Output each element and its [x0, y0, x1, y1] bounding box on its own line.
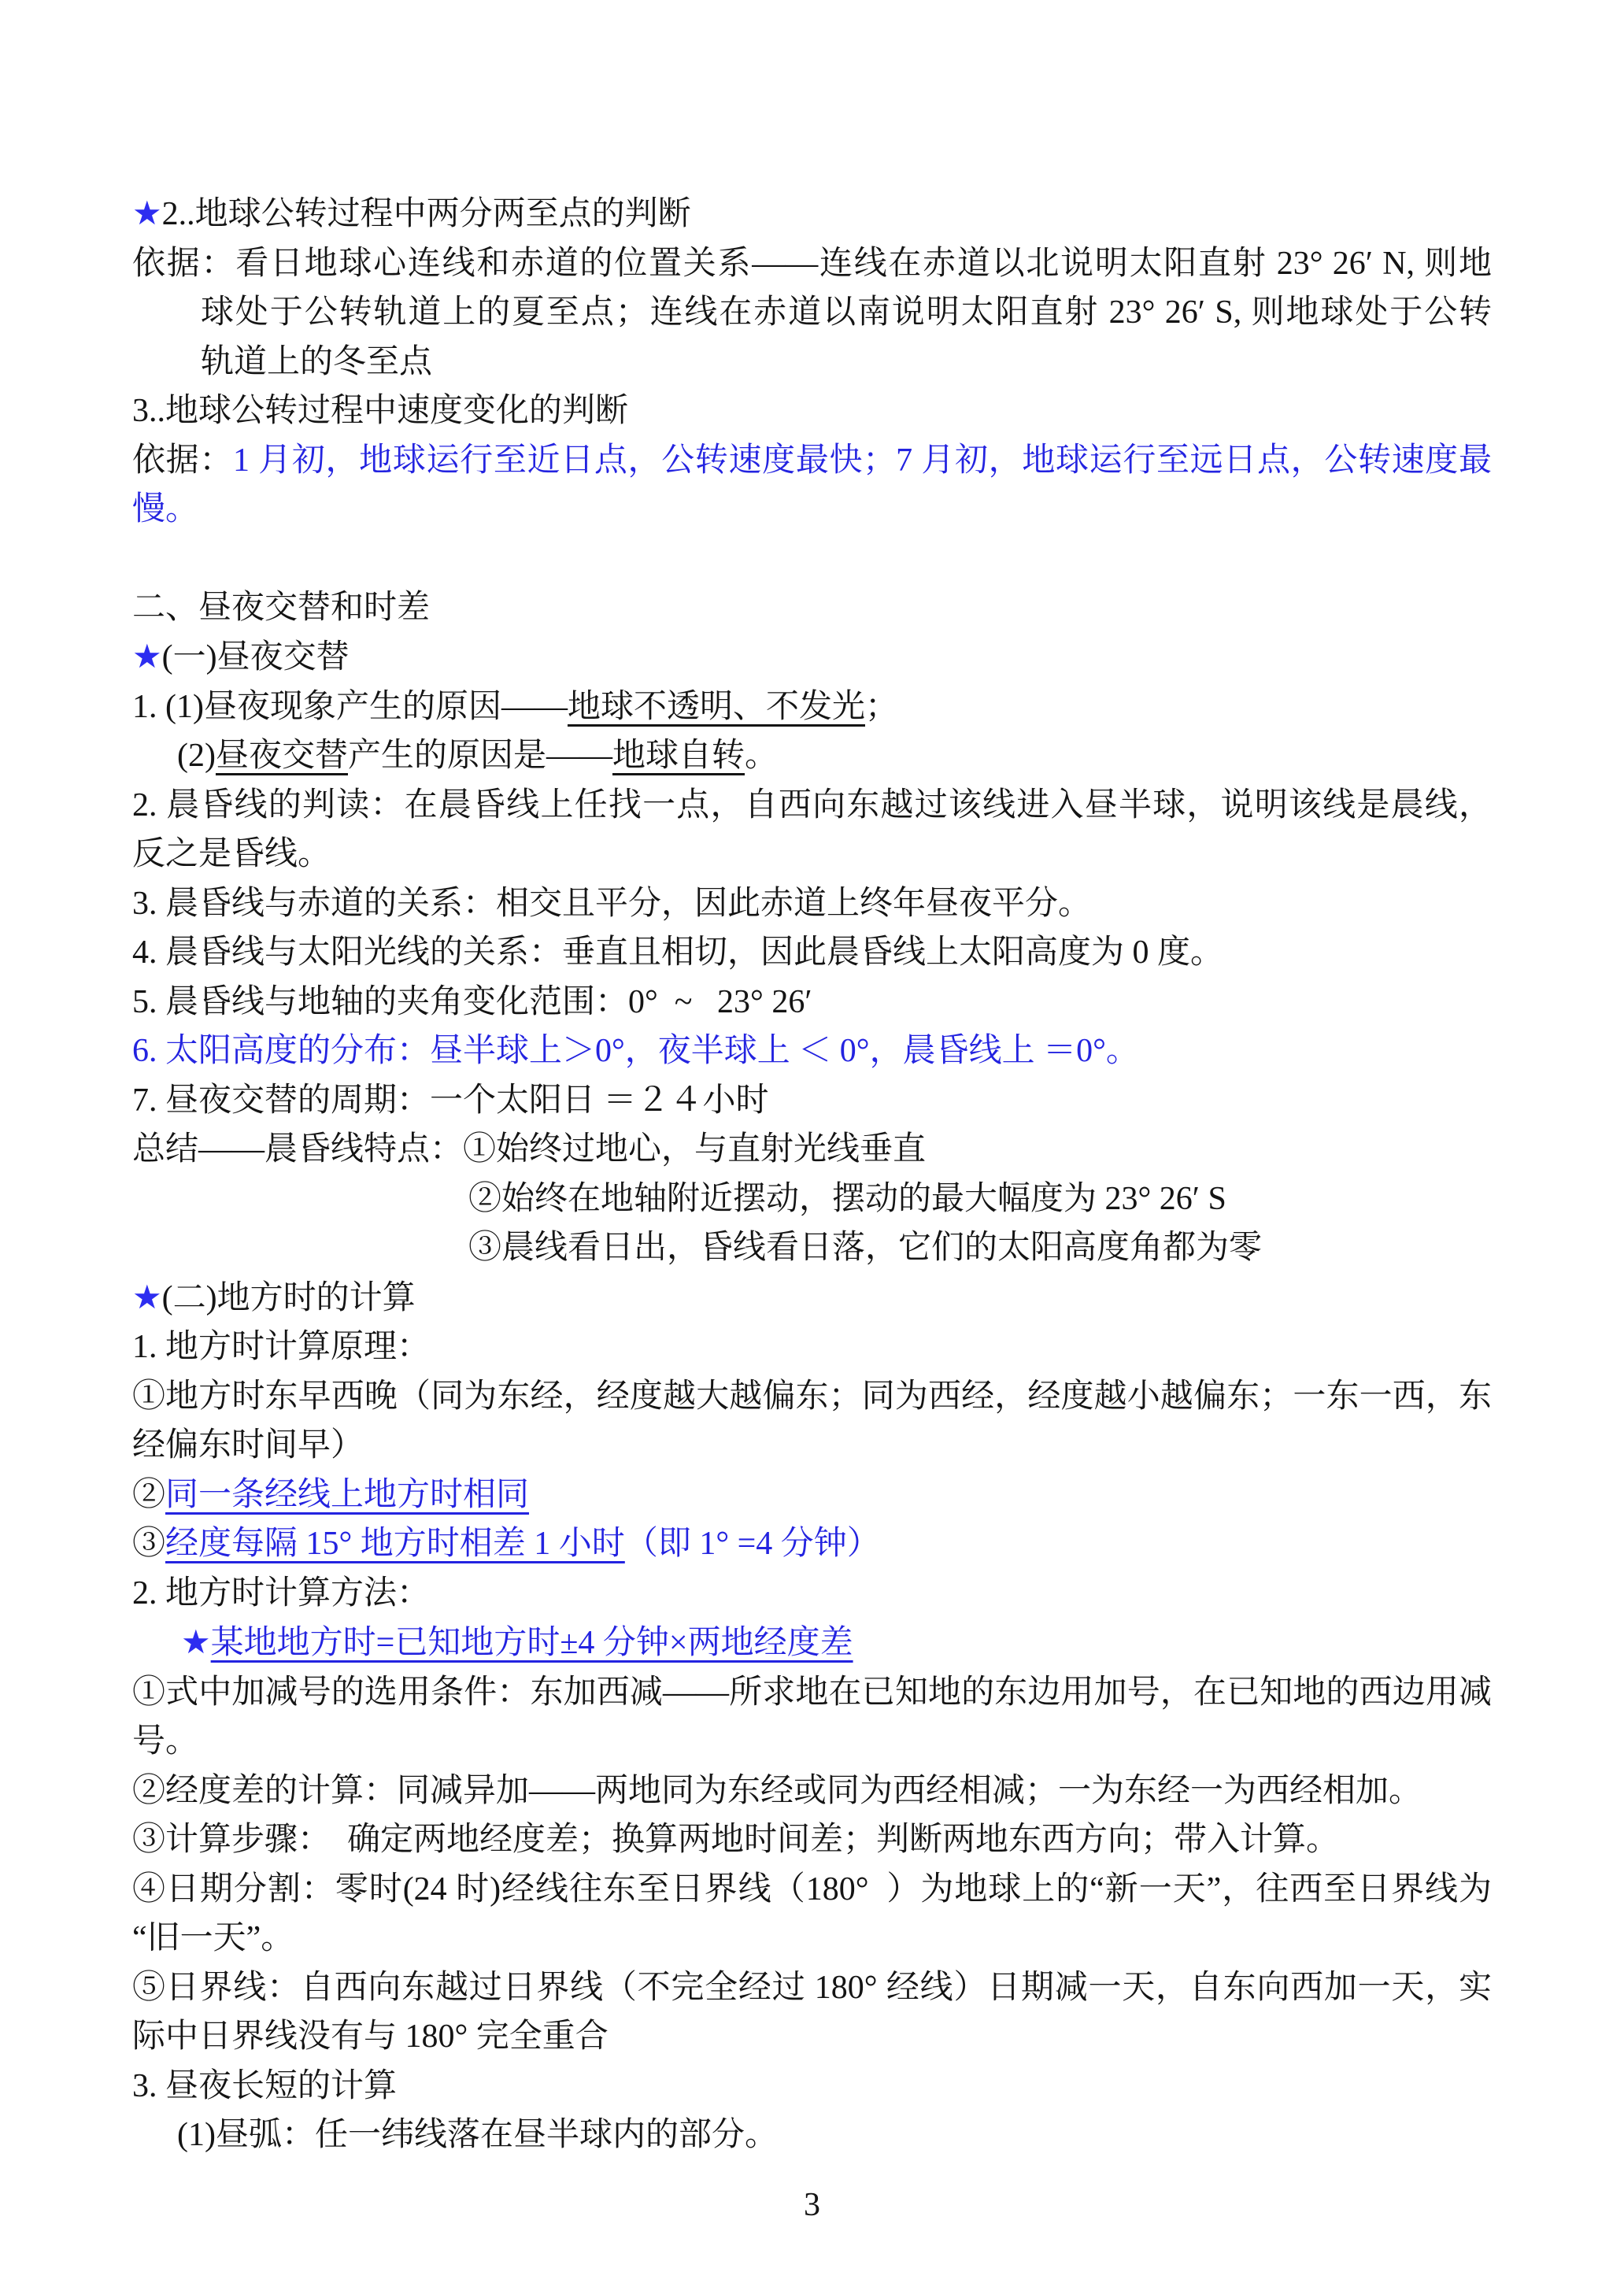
text-segment: 反之是昏线。 [132, 836, 331, 872]
speed-basis-line-2: 慢。 [132, 485, 1492, 535]
terminator-reading-line-2: 反之是昏线。 [132, 830, 1492, 879]
text-segment: ②经度差的计算：同减异加——两地同为东经或同为西经相减；一为东经一为西经相加。 [132, 1773, 1422, 1809]
text-segment: （即 1° =4 分钟） [625, 1526, 880, 1562]
text-segment: 3. 昼夜长短的计算 [132, 2068, 397, 2104]
text-segment: (二)地方时的计算 [162, 1280, 416, 1316]
text-segment: 4. 晨昏线与太阳光线的关系：垂直且相切，因此晨昏线上太阳高度为 0 度。 [132, 934, 1223, 971]
terminator-summary-3: ③晨线看日出，昏线看日落，它们的太阳高度角都为零 [132, 1223, 1492, 1273]
text-segment: 轨道上的冬至点 [201, 344, 432, 380]
heading-2-solstice-judgment: ★2..地球公转过程中两分两至点的判断 [132, 189, 1492, 239]
principle-2-same-meridian: ②同一条经线上地方时相同 [132, 1471, 1492, 1520]
text-segment: 1. 地方时计算原理： [132, 1329, 430, 1365]
day-length-calc-heading: 3. 昼夜长短的计算 [132, 2062, 1492, 2111]
text-segment: (2) [177, 738, 216, 774]
text-segment: 依据： [132, 442, 233, 479]
text-segment: 2. 晨昏线的判读：在晨昏线上任找一点，自西向东越过该线进入昼半球，说明该线是晨… [132, 787, 1492, 823]
text-segment: ②始终在地轴附近摆动，摆动的最大幅度为 23° 26′ S [468, 1181, 1226, 1217]
text-segment: 总结——晨昏线特点：①始终过地心，与直射光线垂直 [132, 1131, 926, 1167]
method-note-1-line-1: ①式中加减号的选用条件：东加西减——所求地在已知地的东边用加号，在已知地的西边用… [132, 1668, 1492, 1718]
text-segment: 际中日界线没有与 180° 完全重合 [132, 2018, 609, 2055]
method-note-4-date-split-line-2: “旧一天”。 [132, 1914, 1492, 1963]
speed-basis-line-1: 依据：1 月初，地球运行至近日点，公转速度最快；7 月初，地球运行至远日点，公转… [132, 436, 1492, 486]
terminator-summary-1: 总结——晨昏线特点：①始终过地心，与直射光线垂直 [132, 1125, 1492, 1175]
document-page: ★2..地球公转过程中两分两至点的判断依据：看日地球心连线和赤道的位置关系——连… [0, 0, 1624, 2294]
text-segment: 号。 [132, 1723, 198, 1759]
heading-3-speed-judgment: 3..地球公转过程中速度变化的判断 [132, 387, 1492, 436]
text-segment: 7. 昼夜交替的周期：一个太阳日 ＝２４小时 [132, 1082, 769, 1119]
star-icon: ★ [181, 1622, 211, 1661]
text-segment: 3. 晨昏线与赤道的关系：相交且平分，因此赤道上终年昼夜平分。 [132, 886, 1091, 922]
page-number: 3 [132, 2181, 1492, 2230]
section-2-heading: 二、昼夜交替和时差 [132, 583, 1492, 633]
text-segment: 某地地方时=已知地方时±4 分钟×两地经度差 [211, 1625, 853, 1661]
text-segment: 地球不透明、不发光 [568, 689, 865, 725]
text-segment: 1. (1)昼夜现象产生的原因—— [132, 689, 568, 725]
cause-day-night-phenomenon: 1. (1)昼夜现象产生的原因——地球不透明、不发光； [132, 683, 1492, 732]
day-arc-definition: (1)昼弧：任一纬线落在昼半球内的部分。 [132, 2111, 1492, 2160]
text-segment: ； [865, 689, 898, 725]
principle-1-line-1: ①地方时东早西晚（同为东经，经度越大越偏东；同为西经，经度越小越偏东；一东一西，… [132, 1372, 1492, 1422]
cause-day-night-alternation: (2)昼夜交替产生的原因是——地球自转。 [132, 731, 1492, 781]
alternation-cycle: 7. 昼夜交替的周期：一个太阳日 ＝２４小时 [132, 1076, 1492, 1126]
star-icon: ★ [132, 194, 162, 232]
method-note-5-date-line-2: 际中日界线没有与 180° 完全重合 [132, 2012, 1492, 2062]
star-icon: ★ [132, 637, 162, 675]
solstice-basis-line-1: 依据：看日地球心连线和赤道的位置关系——连线在赤道以北说明太阳直射 23° 26… [132, 239, 1492, 289]
text-segment: 经偏东时间早） [132, 1427, 364, 1463]
text-segment: ①地方时东早西晚（同为东经，经度越大越偏东；同为西经，经度越小越偏东；一东一西，… [132, 1378, 1492, 1415]
star-icon: ★ [132, 1278, 162, 1316]
subsection-1-day-night-alternation: ★(一)昼夜交替 [132, 632, 1492, 683]
text-segment: 6. 太阳高度的分布：昼半球上＞0°，夜半球上 ＜ 0°，晨昏线上 ＝0°。 [132, 1033, 1139, 1069]
text-segment: ③ [132, 1526, 165, 1562]
local-time-method-heading: 2. 地方时计算方法： [132, 1569, 1492, 1619]
document-body: ★2..地球公转过程中两分两至点的判断依据：看日地球心连线和赤道的位置关系——连… [132, 189, 1492, 2160]
text-segment: 。 [745, 738, 778, 774]
text-segment: 3..地球公转过程中速度变化的判断 [132, 393, 628, 429]
text-segment: 同一条经线上地方时相同 [165, 1477, 529, 1513]
text-segment: 1 月初，地球运行至近日点，公转速度最快；7 月初，地球运行至远日点，公转速度最 [233, 442, 1492, 479]
text-segment: ③计算步骤： 确定两地经度差；换算两地时间差；判断两地东西方向；带入计算。 [132, 1822, 1339, 1858]
text-segment: ④日期分割：零时(24 时)经线往东至日界线（180° ）为地球上的“新一天”，… [132, 1871, 1492, 1907]
text-segment: 慢。 [132, 491, 198, 527]
text-segment: “旧一天”。 [132, 1920, 294, 1956]
method-note-5-date-line-1: ⑤日界线：自西向东越过日界线（不完全经过 180° 经线）日期减一天，自东向西加… [132, 1963, 1492, 2013]
text-segment: ③晨线看日出，昏线看日落，它们的太阳高度角都为零 [468, 1230, 1262, 1266]
terminator-equator-relation: 3. 晨昏线与赤道的关系：相交且平分，因此赤道上终年昼夜平分。 [132, 879, 1492, 929]
local-time-principle-heading: 1. 地方时计算原理： [132, 1323, 1492, 1372]
solstice-basis-line-2: 球处于公转轨道上的夏至点；连线在赤道以南说明太阳直射 23° 26′ S, 则地… [132, 288, 1492, 338]
method-note-2-longitude-diff: ②经度差的计算：同减异加——两地同为东经或同为西经相减；一为东经一为西经相加。 [132, 1767, 1492, 1816]
terminator-sunlight-relation: 4. 晨昏线与太阳光线的关系：垂直且相切，因此晨昏线上太阳高度为 0 度。 [132, 928, 1492, 978]
text-segment: 依据：看日地球心连线和赤道的位置关系——连线在赤道以北说明太阳直射 23° 26… [132, 246, 1492, 282]
text-segment: 球处于公转轨道上的夏至点；连线在赤道以南说明太阳直射 23° 26′ S, 则地… [201, 294, 1492, 331]
text-segment: (一)昼夜交替 [162, 639, 350, 675]
text-segment: (1)昼弧：任一纬线落在昼半球内的部分。 [177, 2117, 778, 2153]
text-segment: 地球自转 [612, 738, 745, 774]
principle-1-line-2: 经偏东时间早） [132, 1421, 1492, 1471]
sun-altitude-distribution: 6. 太阳高度的分布：昼半球上＞0°，夜半球上 ＜ 0°，晨昏线上 ＝0°。 [132, 1027, 1492, 1076]
text-segment: 昼夜交替 [216, 738, 348, 774]
method-note-1-line-2: 号。 [132, 1717, 1492, 1767]
solstice-basis-line-3: 轨道上的冬至点 [132, 338, 1492, 387]
text-segment: 2..地球公转过程中两分两至点的判断 [162, 196, 691, 232]
subsection-2-local-time: ★(二)地方时的计算 [132, 1273, 1492, 1323]
text-segment: ⑤日界线：自西向东越过日界线（不完全经过 180° 经线）日期减一天，自东向西加… [132, 1970, 1492, 2006]
text-segment: 经度每隔 15° 地方时相差 1 小时 [165, 1526, 625, 1562]
terminator-axis-angle-range: 5. 晨昏线与地轴的夹角变化范围：0° ~ 23° 26′ [132, 978, 1492, 1027]
text-segment: ①式中加减号的选用条件：东加西减——所求地在已知地的东边用加号，在已知地的西边用… [132, 1674, 1492, 1711]
text-segment: ② [132, 1477, 165, 1513]
method-note-4-date-split-line-1: ④日期分割：零时(24 时)经线往东至日界线（180° ）为地球上的“新一天”，… [132, 1865, 1492, 1915]
terminator-reading-line-1: 2. 晨昏线的判读：在晨昏线上任找一点，自西向东越过该线进入昼半球，说明该线是晨… [132, 781, 1492, 831]
text-segment: 5. 晨昏线与地轴的夹角变化范围：0° ~ 23° 26′ [132, 984, 812, 1020]
method-note-3-steps: ③计算步骤： 确定两地经度差；换算两地时间差；判断两地东西方向；带入计算。 [132, 1815, 1492, 1865]
terminator-summary-2: ②始终在地轴附近摆动，摆动的最大幅度为 23° 26′ S [132, 1175, 1492, 1224]
text-segment: 二、昼夜交替和时差 [132, 590, 430, 626]
local-time-formula: ★某地地方时=已知地方时±4 分钟×两地经度差 [132, 1618, 1492, 1668]
text-segment: 2. 地方时计算方法： [132, 1575, 430, 1611]
text-segment: 产生的原因是—— [348, 738, 612, 774]
principle-3-15-degrees: ③经度每隔 15° 地方时相差 1 小时（即 1° =4 分钟） [132, 1519, 1492, 1569]
